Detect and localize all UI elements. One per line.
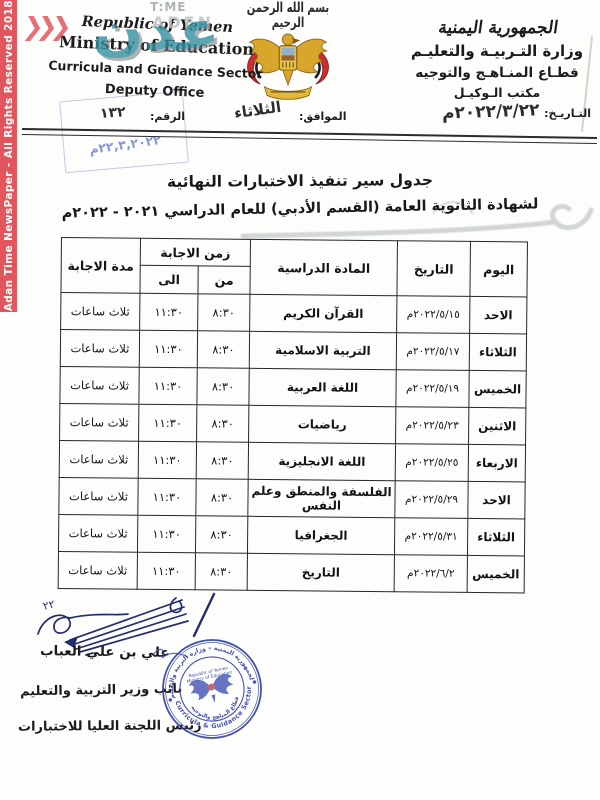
cell-date: ٢٠٢٢/٦/٢م	[394, 555, 467, 593]
cell-time-from: ٨:٣٠	[196, 442, 248, 479]
scanned-document-page: { "side_banner": { "text": "Adan Time Ne…	[0, 0, 600, 800]
table-row: الخميس ٢٠٢٢/٥/١٩م اللغة العربية ٨:٣٠ ١١:…	[60, 366, 526, 407]
cell-day: الاربعاء	[468, 444, 525, 482]
chevrons-icon: ❯❯❯	[21, 12, 67, 41]
cell-day: الثلاثاء	[469, 333, 526, 371]
cell-subject: الفلسفة والمنطق وعلم النفس	[248, 479, 395, 517]
table-row: الاحد ٢٠٢٢/٥/١٥م القرآن الكريم ٨:٣٠ ١١:٣…	[61, 293, 527, 334]
cell-day: الخميس	[467, 555, 524, 593]
cell-subject: اللغة العربية	[249, 368, 396, 406]
letterhead-ar-office: مكتب الـوكيـل	[403, 85, 591, 100]
table-row: الخميس ٢٠٢٢/٦/٢م التاريخ ٨:٣٠ ١١:٣٠ ثلاث…	[58, 551, 524, 592]
cell-duration: ثلاث ساعات	[59, 477, 138, 515]
cell-date: ٢٠٢٢/٥/٢٥م	[395, 444, 468, 482]
cell-time-to: ١١:٣٠	[139, 367, 197, 405]
cell-subject: اللغة الانجليزية	[248, 442, 395, 480]
cell-subject: التربية الاسلامية	[249, 331, 396, 369]
letterhead-ar-ministry: وزارة التـربيـة والتعليـم	[403, 42, 591, 60]
table-header: اليوم التاريخ المادة الدراسية زمن الاجاب…	[61, 238, 528, 297]
cell-time-from: ٨:٣٠	[196, 479, 248, 516]
cell-day: الاثنين	[469, 407, 526, 445]
col-header-date: التاريخ	[397, 241, 471, 297]
cell-subject: التاريخ	[247, 553, 394, 591]
cell-time-from: ٨:٣٠	[195, 516, 247, 553]
cell-time-to: ١١:٣٠	[139, 404, 197, 442]
letterhead-ar-country: الجمهورية اليمنية	[402, 18, 592, 38]
exam-schedule-table: اليوم التاريخ المادة الدراسية زمن الاجاب…	[58, 237, 528, 593]
cell-time-to: ١١:٣٠	[140, 293, 198, 331]
document-title: جدول سير تنفيذ الاختبارات النهائية	[0, 170, 600, 192]
col-header-day: اليوم	[470, 241, 528, 297]
date-handwritten-value: ٢٠٢٢/٣/٢٢م	[441, 100, 539, 123]
cell-duration: ثلاث ساعات	[60, 330, 139, 368]
cell-day: الاحد	[470, 296, 527, 334]
cell-duration: ثلاث ساعات	[60, 403, 139, 441]
cell-day: الثلاثاء	[467, 518, 524, 556]
cell-duration: ثلاث ساعات	[58, 514, 137, 552]
copyright-banner: Adan Time NewsPaper - All Rights Reserve…	[0, 0, 17, 312]
cell-date: ٢٠٢٢/٥/١٧م	[396, 333, 469, 371]
aden-arabic-logo: عدن	[92, 4, 220, 58]
cell-duration: ثلاث ساعات	[61, 293, 140, 331]
table-row: الاحد ٢٠٢٢/٥/٢٩م الفلسفة والمنطق وعلم ال…	[59, 477, 525, 518]
col-header-to: الى	[140, 265, 198, 294]
cell-day: الخميس	[469, 370, 526, 408]
col-header-subject: المادة الدراسية	[250, 239, 398, 295]
cell-time-to: ١١:٣٠	[138, 478, 196, 516]
cell-duration: ثلاث ساعات	[60, 366, 139, 404]
official-round-stamp-icon: الجمهورية اليمنية ٭ وزارة التربية والتعل…	[149, 626, 275, 752]
cell-date: ٢٠٢٢/٥/٣١م	[394, 518, 467, 556]
cell-date: ٢٠٢٢/٥/١٥م	[397, 296, 470, 334]
cell-duration: ثلاث ساعات	[59, 440, 138, 478]
cell-date: ٢٠٢٢/٥/١٩م	[396, 370, 469, 408]
cell-time-from: ٨:٣٠	[197, 331, 249, 368]
table-body: الاحد ٢٠٢٢/٥/١٥م القرآن الكريم ٨:٣٠ ١١:٣…	[58, 293, 527, 593]
cell-duration: ثلاث ساعات	[58, 551, 137, 589]
copyright-banner-text: Adan Time NewsPaper - All Rights Reserve…	[3, 0, 15, 311]
date-label: التـاريـخ:	[544, 107, 591, 120]
letterhead-arabic: الجمهورية اليمنية وزارة التـربيـة والتعل…	[403, 18, 591, 122]
table-row: الثلاثاء ٢٠٢٢/٥/٣١م الجغرافيا ٨:٣٠ ١١:٣٠…	[58, 514, 524, 555]
cell-time-to: ١١:٣٠	[137, 515, 195, 553]
signature-scribble-text: ٢٢	[42, 597, 57, 612]
corresponding-label: الموافق:	[299, 110, 346, 123]
cell-subject: الجغرافيا	[247, 516, 394, 554]
table-row: الثلاثاء ٢٠٢٢/٥/١٧م التربية الاسلامية ٨:…	[60, 330, 526, 371]
col-header-answer-time: زمن الاجابة	[140, 238, 250, 266]
cell-date: ٢٠٢٢/٥/٢٣م	[396, 407, 469, 445]
col-header-duration: مدة الاجابة	[61, 238, 141, 294]
cell-time-to: ١١:٣٠	[138, 441, 196, 479]
cell-day: الاحد	[468, 481, 525, 519]
cell-time-from: ٨:٣٠	[198, 294, 250, 331]
cell-time-to: ١١:٣٠	[139, 330, 197, 368]
date-row: التـاريـخ: ٢٠٢٢/٣/٢٢م	[403, 102, 591, 122]
table-row: الاثنين ٢٠٢٢/٥/٢٣م رياضيات ٨:٣٠ ١١:٣٠ ثل…	[60, 403, 526, 444]
cell-date: ٢٠٢٢/٥/٢٩م	[395, 481, 468, 519]
cell-time-to: ١١:٣٠	[137, 552, 195, 590]
letterhead-ar-sector: قطـاع المنـاهـج والتوجيه	[403, 65, 591, 81]
cell-time-from: ٨:٣٠	[197, 368, 249, 405]
cell-time-from: ٨:٣٠	[197, 405, 249, 442]
col-header-from: من	[198, 266, 250, 294]
cell-subject: رياضيات	[249, 405, 396, 443]
cell-time-from: ٨:٣٠	[195, 553, 247, 590]
cell-subject: القرآن الكريم	[250, 294, 397, 332]
table-row: الاربعاء ٢٠٢٢/٥/٢٥م اللغة الانجليزية ٨:٣…	[59, 440, 525, 481]
